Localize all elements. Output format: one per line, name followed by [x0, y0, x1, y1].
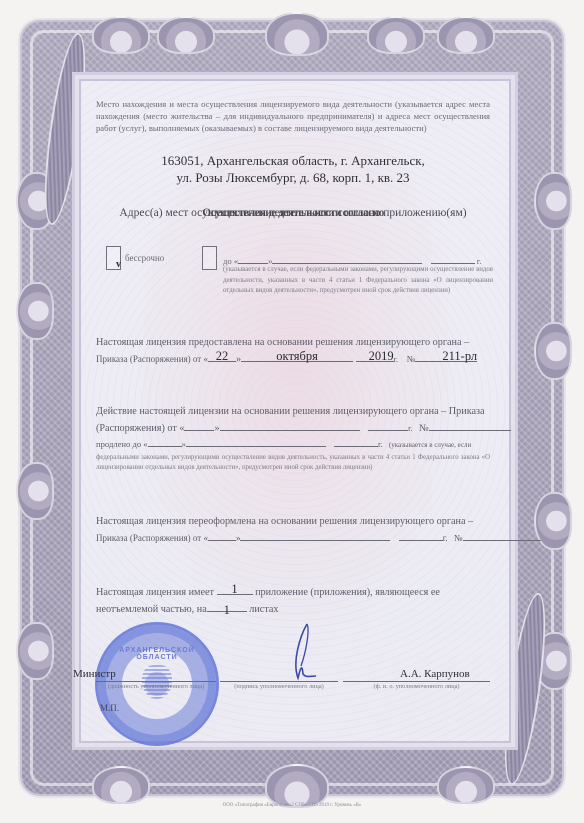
location-header: Место нахождения и места осуществления л…	[96, 98, 490, 134]
extended-until-month-field[interactable]	[186, 436, 326, 447]
reissued-order-row: Приказа (Распоряжения) от «» г. №	[96, 530, 490, 546]
frame-ornament	[367, 16, 425, 54]
extended-until-row: продлено до «» г. (указывается в случае,…	[96, 436, 490, 453]
signature-scribble-icon	[280, 622, 320, 684]
signer-name: А.А. Карпунов	[400, 668, 470, 680]
extended-year-field[interactable]	[368, 420, 408, 431]
annex-prefix: Настоящая лицензия имеет	[96, 587, 214, 598]
frame-ornament	[437, 16, 495, 54]
reissued-year-suffix: г.	[443, 533, 448, 543]
until-day-field[interactable]	[238, 253, 268, 264]
granted-order-label: Приказа (Распоряжения) от «	[96, 354, 208, 364]
extended-order-row: (Распоряжения) от «» г. №	[96, 420, 490, 437]
extended-until-year-field[interactable]	[334, 436, 378, 447]
indefinite-label: бессрочно	[125, 253, 164, 263]
reissued-order-label: Приказа (Распоряжения) от «	[96, 533, 208, 543]
frame-ornament	[534, 172, 572, 230]
frame-ornament	[16, 282, 54, 340]
frame-ornament	[92, 766, 150, 804]
frame-ornament	[92, 16, 150, 54]
extended-day-field[interactable]	[184, 420, 214, 431]
reissued-day-field[interactable]	[208, 530, 236, 541]
address-block: 163051, Архангельская область, г. Арханг…	[96, 152, 490, 186]
frame-ornament	[534, 322, 572, 380]
position-line	[96, 681, 216, 682]
until-month-field[interactable]	[272, 253, 422, 264]
granted-section: Настоящая лицензия предоставлена на осно…	[96, 336, 490, 367]
granted-day-field[interactable]: 22	[208, 351, 236, 362]
granted-number-field[interactable]: 211-рл	[415, 351, 477, 362]
indefinite-checkbox[interactable]: v	[106, 246, 121, 270]
seal-label: М.П.	[100, 703, 119, 713]
name-caption: (ф. и. о. уполномоченного лица)	[343, 683, 490, 690]
extended-note: федеральными законами, регулирующими осу…	[96, 453, 490, 474]
extended-order-label: (Распоряжения) от «	[96, 423, 184, 434]
extended-line-1: Действие настоящей лицензии на основании…	[96, 405, 490, 420]
frame-ornament	[265, 764, 329, 808]
extended-until-day-field[interactable]	[148, 436, 182, 447]
annex-count-field[interactable]: 1	[217, 584, 253, 595]
reissued-section: Настоящая лицензия переоформлена на осно…	[96, 515, 490, 545]
granted-month-field[interactable]: октября	[241, 351, 353, 362]
stamp-text: АРХАНГЕЛЬСКОЙ ОБЛАСТИ	[98, 647, 216, 661]
until-note: (указывается в случае, если федеральными…	[223, 265, 493, 297]
annex-line2-suffix: листах	[249, 604, 278, 615]
extended-note-inline: (указывается в случае, если	[389, 441, 471, 449]
name-line	[343, 681, 490, 682]
extended-month-field[interactable]	[220, 420, 360, 431]
reissued-number-field[interactable]	[463, 530, 541, 541]
address-line-2: ул. Розы Люксембург, д. 68, корп. 1, кв.…	[96, 169, 490, 186]
annex-middle: приложение (приложения), являющееся ее	[255, 587, 440, 598]
activity-address-overprint: Осуществление деятельности согласно	[96, 207, 490, 219]
extended-section: Действие настоящей лицензии на основании…	[96, 405, 490, 474]
frame-ornament	[534, 492, 572, 550]
granted-year-field[interactable]: 2019	[356, 351, 394, 362]
extended-number-label: №	[419, 423, 429, 434]
check-mark-icon: v	[116, 259, 121, 270]
reissued-month-field[interactable]	[240, 530, 390, 541]
annex-row-2: неотъемлемой частью, на1 листах	[96, 601, 490, 618]
until-year-field[interactable]	[431, 253, 475, 264]
position-caption: (должность уполномоченного лица)	[96, 683, 216, 690]
frame-ornament	[265, 12, 329, 56]
frame-ornament	[157, 16, 215, 54]
extended-number-field[interactable]	[429, 420, 511, 431]
granted-number-label: №	[407, 354, 416, 364]
annex-row-1: Настоящая лицензия имеет 1 приложение (п…	[96, 584, 490, 601]
annex-section: Настоящая лицензия имеет 1 приложение (п…	[96, 584, 490, 617]
address-line-1: 163051, Архангельская область, г. Арханг…	[96, 152, 490, 169]
until-date-checkbox[interactable]	[202, 246, 217, 270]
frame-ornament	[16, 462, 54, 520]
extended-until-label: продлено до «	[96, 439, 148, 449]
reissued-line-1: Настоящая лицензия переоформлена на осно…	[96, 515, 490, 530]
activity-address-row: Адрес(а) мест осуществления деятельности…	[96, 207, 490, 219]
frame-ornament	[437, 766, 495, 804]
sheets-count-field[interactable]: 1	[207, 601, 247, 612]
coat-of-arms-icon	[142, 665, 172, 699]
extended-until-suffix: г.	[378, 439, 383, 449]
extended-year-suffix: г.	[408, 424, 412, 433]
printer-footer: ООО «Типография «Европолис-2 СПб» СПб 20…	[0, 803, 584, 808]
signature-caption: (подпись уполномоченного лица)	[220, 683, 338, 690]
signature-line	[220, 681, 338, 682]
granted-year-suffix: г.	[394, 355, 398, 364]
annex-line2-prefix: неотъемлемой частью, на	[96, 604, 207, 615]
reissued-number-label: №	[454, 533, 463, 543]
granted-order-row: Приказа (Распоряжения) от «22»октября 20…	[96, 351, 490, 368]
reissued-year-field[interactable]	[399, 530, 443, 541]
signer-position: Министр	[73, 668, 116, 680]
frame-ornament	[16, 622, 54, 680]
